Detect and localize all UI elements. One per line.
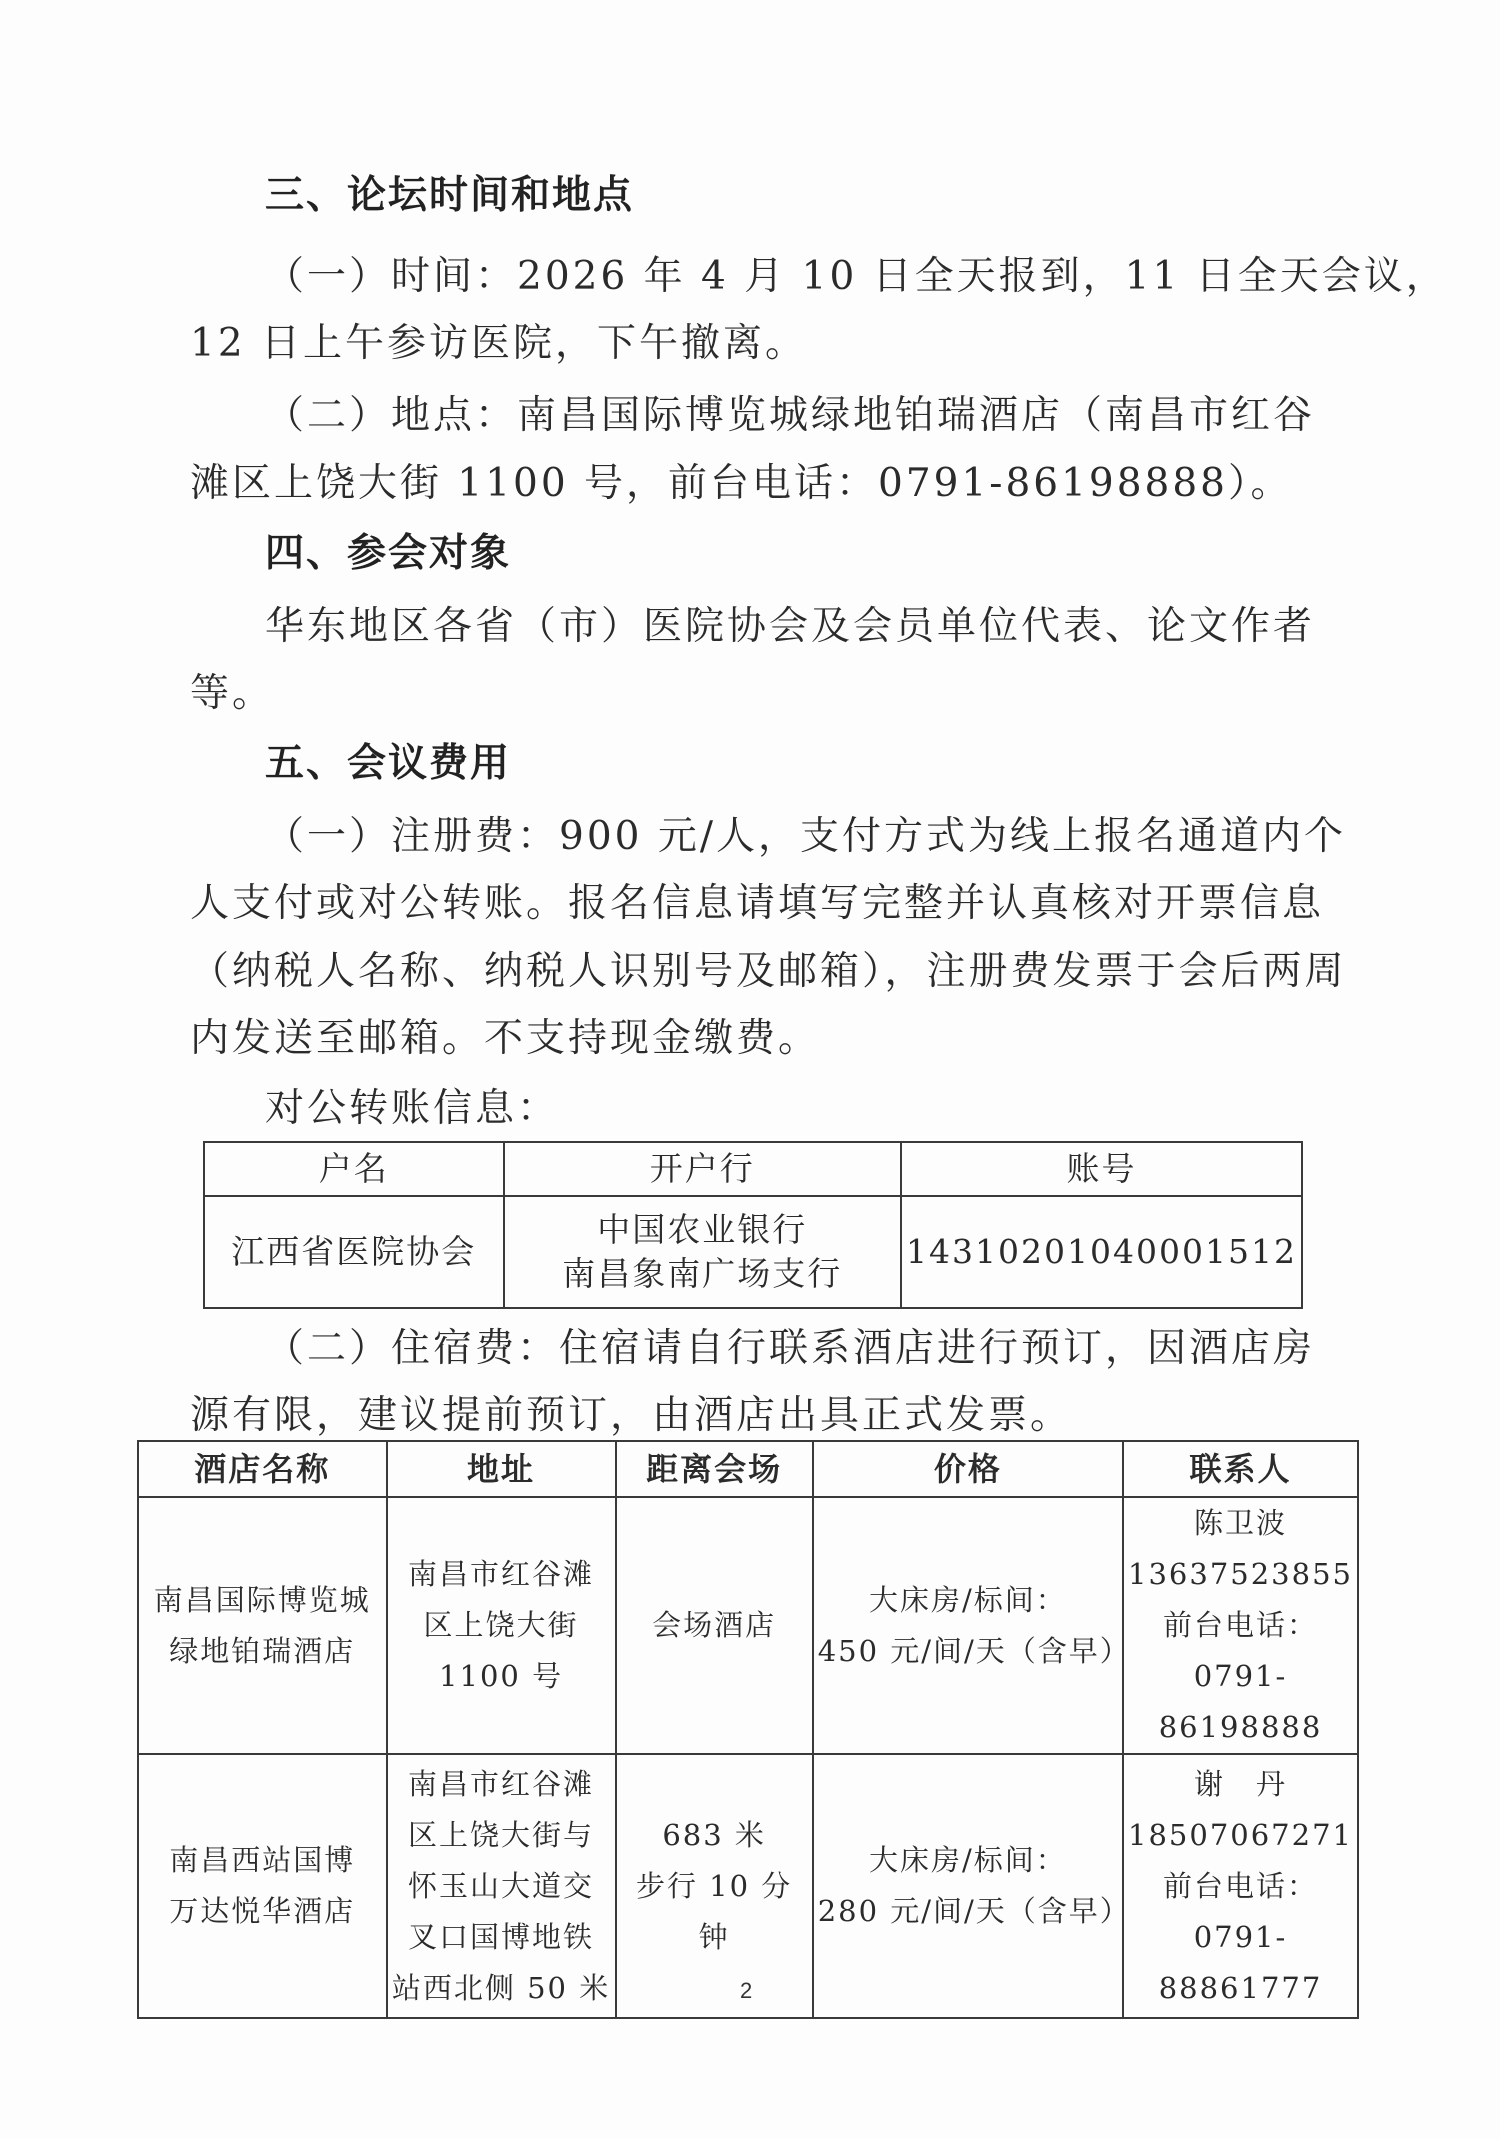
front-desk-phone: 0791-86198888 — [1128, 1651, 1353, 1753]
header-address: 地址 — [387, 1441, 616, 1497]
header-account-name: 户名 — [204, 1142, 504, 1196]
address-line: 南昌市红谷滩 — [392, 1759, 611, 1810]
bank-table-header-row: 户名 开户行 账号 — [204, 1142, 1302, 1196]
address-line: 区上饶大街与 — [392, 1810, 611, 1861]
hotel-distance-cell: 会场酒店 — [616, 1497, 813, 1754]
price-line: 大床房/标间： — [818, 1835, 1118, 1886]
header-contact: 联系人 — [1123, 1441, 1358, 1497]
account-name-cell: 江西省医院协会 — [204, 1196, 504, 1308]
header-price: 价格 — [813, 1441, 1123, 1497]
bank-branch: 南昌象南广场支行 — [509, 1252, 896, 1296]
hotel-address-cell: 南昌市红谷滩 区上饶大街 1100 号 — [387, 1497, 616, 1754]
distance-line: 683 米 — [621, 1810, 808, 1861]
place-paragraph-line2: 滩区上饶大街 1100 号，前台电话：0791-86198888）。 — [190, 460, 1292, 508]
contact-name: 陈卫波 — [1128, 1498, 1353, 1549]
address-line: 叉口国博地铁 — [392, 1912, 611, 1963]
registration-fee-line3: （纳税人名称、纳税人识别号及邮箱），注册费发票于会后两周 — [190, 948, 1347, 996]
hotel-name-line: 万达悦华酒店 — [143, 1886, 382, 1937]
address-line: 怀玉山大道交 — [392, 1861, 611, 1912]
address-line: 南昌市红谷滩 — [392, 1549, 611, 1600]
hotel-distance-cell: 683 米 步行 10 分钟 — [616, 1754, 813, 2018]
contact-phone: 18507067271 — [1128, 1810, 1353, 1861]
hotel-table: 酒店名称 地址 距离会场 价格 联系人 南昌国际博览城 绿地铂瑞酒店 南昌市红谷… — [137, 1440, 1359, 2019]
header-distance: 距离会场 — [616, 1441, 813, 1497]
participants-line1: 华东地区各省（市）医院协会及会员单位代表、论文作者 — [265, 603, 1315, 651]
bank-transfer-table: 户名 开户行 账号 江西省医院协会 中国农业银行 南昌象南广场支行 143102… — [203, 1141, 1303, 1309]
bank-table-row: 江西省医院协会 中国农业银行 南昌象南广场支行 1431020104000151… — [204, 1196, 1302, 1308]
hotel-table-row: 南昌国际博览城 绿地铂瑞酒店 南昌市红谷滩 区上饶大街 1100 号 会场酒店 … — [138, 1497, 1358, 1754]
section-heading-fees: 五、会议费用 — [265, 740, 511, 788]
time-paragraph-line1: （一）时间：2026 年 4 月 10 日全天报到，11 日全天会议， — [265, 253, 1448, 301]
hotel-address-cell: 南昌市红谷滩 区上饶大街与 怀玉山大道交 叉口国博地铁 站西北侧 50 米 — [387, 1754, 616, 2018]
distance-line: 会场酒店 — [621, 1600, 808, 1651]
price-line: 大床房/标间： — [818, 1575, 1118, 1626]
price-line: 280 元/间/天（含早） — [818, 1886, 1118, 1937]
address-line: 1100 号 — [392, 1651, 611, 1702]
header-hotel-name: 酒店名称 — [138, 1441, 387, 1497]
hotel-name-line: 南昌国际博览城 — [143, 1575, 382, 1626]
contact-name: 谢 丹 — [1128, 1759, 1353, 1810]
distance-line: 步行 10 分钟 — [621, 1861, 808, 1963]
hotel-name-cell: 南昌西站国博 万达悦华酒店 — [138, 1754, 387, 2018]
section-heading-time-place: 三、论坛时间和地点 — [265, 172, 634, 220]
registration-fee-line2: 人支付或对公转账。报名信息请填写完整并认真核对开票信息 — [190, 880, 1324, 928]
hotel-name-line: 绿地铂瑞酒店 — [143, 1626, 382, 1677]
header-bank: 开户行 — [504, 1142, 901, 1196]
account-number-cell: 14310201040001512 — [901, 1196, 1302, 1308]
page-number: 2 — [740, 1978, 752, 2004]
hotel-name-line: 南昌西站国博 — [143, 1835, 382, 1886]
hotel-price-cell: 大床房/标间： 450 元/间/天（含早） — [813, 1497, 1123, 1754]
front-desk-phone: 0791-88861777 — [1128, 1912, 1353, 2014]
price-line: 450 元/间/天（含早） — [818, 1626, 1118, 1677]
hotel-contact-cell: 陈卫波 13637523855 前台电话： 0791-86198888 — [1123, 1497, 1358, 1754]
front-desk-label: 前台电话： — [1128, 1861, 1353, 1912]
address-line: 区上饶大街 — [392, 1600, 611, 1651]
hotel-price-cell: 大床房/标间： 280 元/间/天（含早） — [813, 1754, 1123, 2018]
time-paragraph-line2: 12 日上午参访医院，下午撤离。 — [190, 320, 807, 368]
participants-line2: 等。 — [190, 670, 274, 718]
lodging-fee-line2: 源有限，建议提前预订，由酒店出具正式发票。 — [190, 1392, 1072, 1440]
address-line: 站西北侧 50 米 — [392, 1963, 611, 2014]
registration-fee-line1: （一）注册费：900 元/人，支付方式为线上报名通道内个 — [265, 813, 1346, 861]
document-page: 三、论坛时间和地点 （一）时间：2026 年 4 月 10 日全天报到，11 日… — [0, 0, 1500, 2139]
section-heading-participants: 四、参会对象 — [265, 530, 511, 578]
place-paragraph-line1: （二）地点：南昌国际博览城绿地铂瑞酒店（南昌市红谷 — [265, 392, 1315, 440]
front-desk-label: 前台电话： — [1128, 1600, 1353, 1651]
transfer-info-label: 对公转账信息： — [265, 1085, 559, 1133]
registration-fee-line4: 内发送至邮箱。不支持现金缴费。 — [190, 1015, 820, 1063]
bank-cell: 中国农业银行 南昌象南广场支行 — [504, 1196, 901, 1308]
hotel-table-header-row: 酒店名称 地址 距离会场 价格 联系人 — [138, 1441, 1358, 1497]
lodging-fee-line1: （二）住宿费：住宿请自行联系酒店进行预订，因酒店房 — [265, 1325, 1315, 1373]
header-account-number: 账号 — [901, 1142, 1302, 1196]
bank-name: 中国农业银行 — [509, 1208, 896, 1252]
contact-phone: 13637523855 — [1128, 1549, 1353, 1600]
hotel-contact-cell: 谢 丹 18507067271 前台电话： 0791-88861777 — [1123, 1754, 1358, 2018]
hotel-name-cell: 南昌国际博览城 绿地铂瑞酒店 — [138, 1497, 387, 1754]
